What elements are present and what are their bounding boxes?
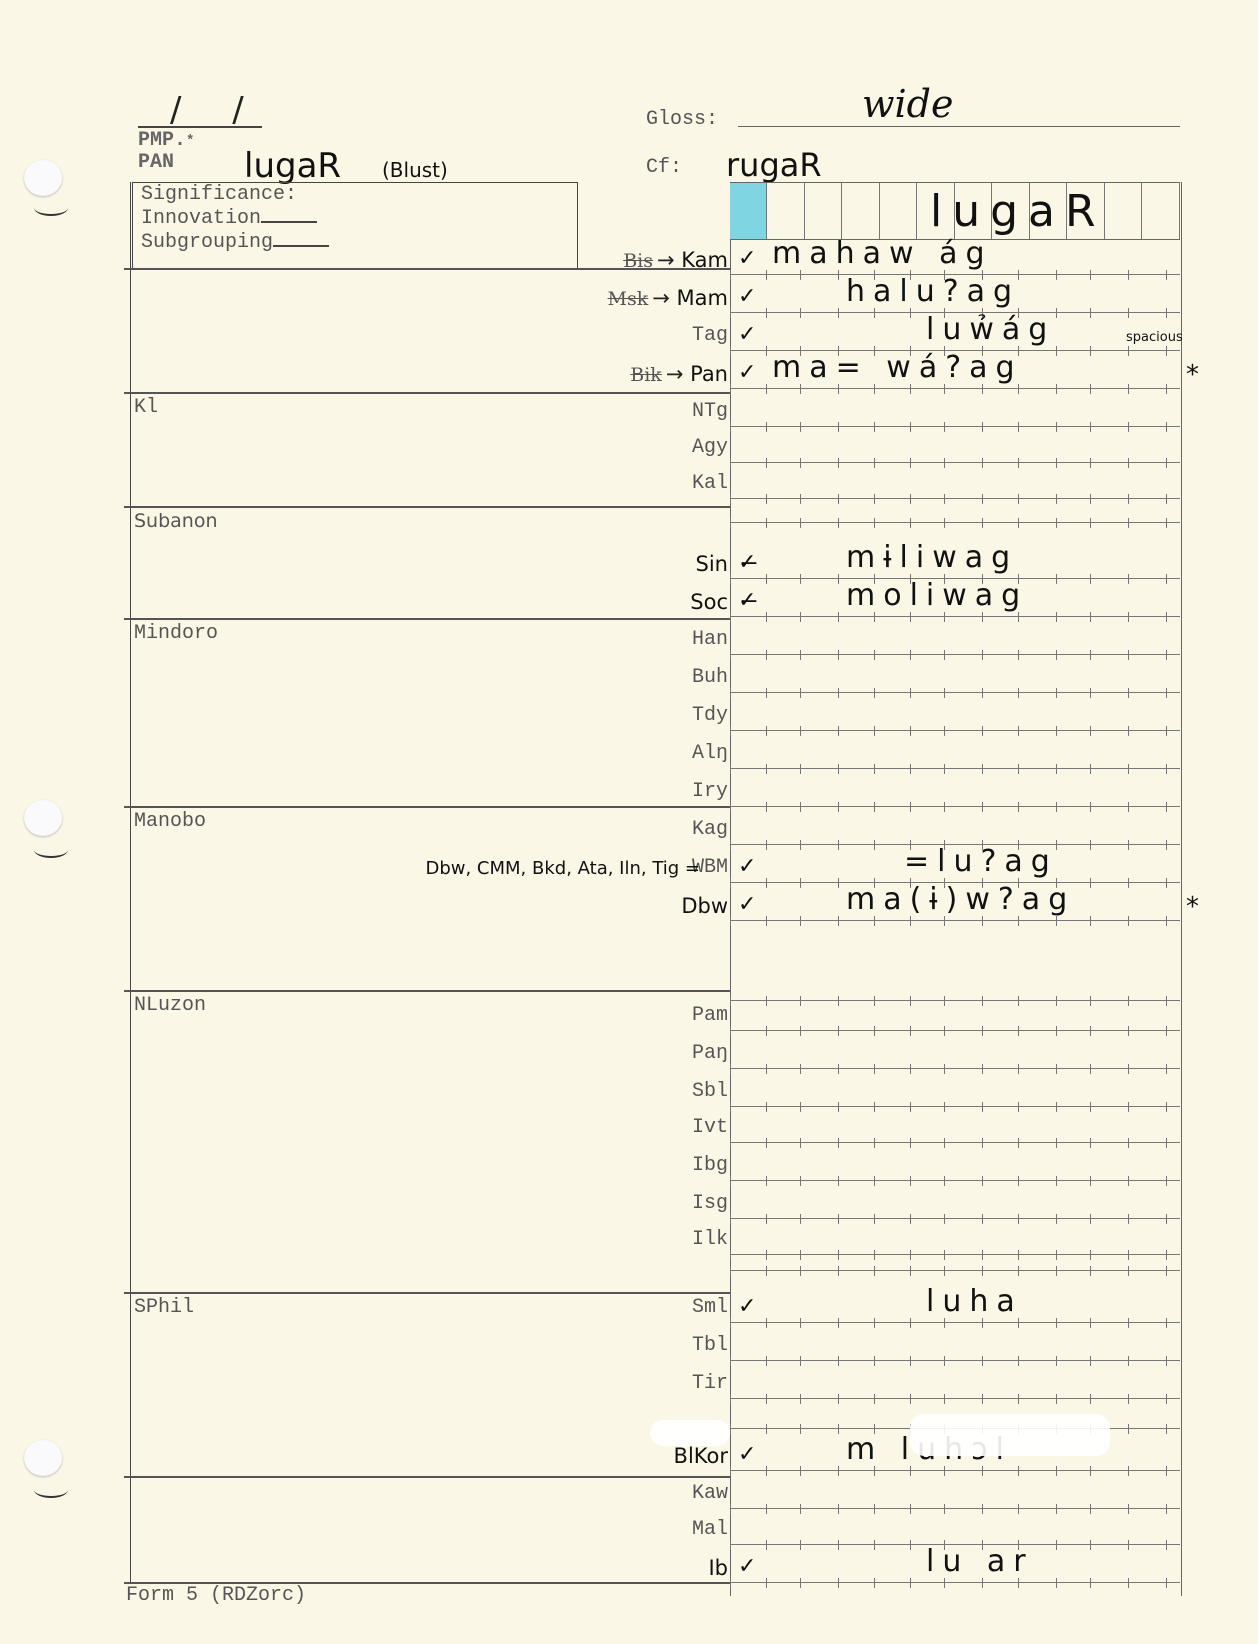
language-code: NTg xyxy=(692,400,728,423)
ruled-line xyxy=(730,426,1180,427)
language-row-pan: Bik→ Pan xyxy=(630,362,728,386)
language-code: Kal xyxy=(692,472,728,495)
form-footer: Form 5 (RDZorc) xyxy=(126,1584,306,1607)
gloss-label: Gloss: xyxy=(646,108,718,131)
arrow-icon: → xyxy=(657,248,681,272)
language-row-buh: Buh xyxy=(692,666,728,689)
language-code: Tbl xyxy=(692,1334,728,1357)
group-divider xyxy=(124,990,730,992)
reflex-form: moliwag xyxy=(846,578,1028,613)
reflex-form: lu ar xyxy=(926,1544,1034,1579)
language-row-sbl: Sbl xyxy=(692,1080,728,1103)
language-row-tir: Tir xyxy=(692,1372,728,1395)
language-code: Buh xyxy=(692,666,728,689)
ruled-line xyxy=(730,1470,1180,1471)
language-code: Sin xyxy=(696,552,728,576)
innovation-field: Innovation xyxy=(133,207,577,231)
group-divider xyxy=(124,806,730,808)
significance-title: Significance: xyxy=(133,183,577,207)
ruled-line xyxy=(730,1218,1180,1219)
ruled-line xyxy=(730,654,1180,655)
reflex-form: =lu?ag xyxy=(904,844,1058,879)
ruled-line xyxy=(730,692,1180,693)
slash-underline xyxy=(138,126,262,128)
language-code: Pam xyxy=(692,1004,728,1027)
reflex-note: spacious xyxy=(1126,330,1183,345)
language-row-alŋ: Alŋ xyxy=(692,742,728,765)
language-row-tbl: Tbl xyxy=(692,1334,728,1357)
grid-cell xyxy=(805,183,843,239)
binder-hole xyxy=(24,160,62,196)
star-mark: * xyxy=(1186,892,1199,922)
language-code: Iry xyxy=(692,780,728,803)
group-divider xyxy=(124,618,730,620)
checkmark-icon: ✓ xyxy=(738,322,756,347)
language-row-ib: Ib xyxy=(708,1556,728,1580)
grid-cell xyxy=(1142,183,1180,239)
group-divider xyxy=(124,1292,730,1294)
proto-language-label: PMP.* PAN xyxy=(138,130,194,174)
language-row-iry: Iry xyxy=(692,780,728,803)
cf-label: Cf: xyxy=(646,156,682,179)
language-row-pam: Pam xyxy=(692,1004,728,1027)
ruled-line xyxy=(730,1254,1180,1255)
binder-hole xyxy=(24,800,62,836)
ruled-line xyxy=(730,1270,1180,1271)
ruled-line xyxy=(730,1068,1180,1069)
ruled-line xyxy=(730,1180,1180,1181)
redaction-patch xyxy=(650,1420,730,1446)
reflex-form: halu?ag xyxy=(846,274,1020,309)
checkmark-icon: ✓̶ xyxy=(738,550,756,575)
checkmark-icon: ✓ xyxy=(738,892,756,917)
binder-hole xyxy=(24,1440,62,1476)
language-row-tdy: Tdy xyxy=(692,704,728,727)
checkmark-icon: ✓ xyxy=(738,854,756,879)
ruled-line xyxy=(730,1000,1180,1001)
language-code: Ibg xyxy=(692,1154,728,1177)
group-label-mindoro: Mindoro xyxy=(134,622,218,645)
language-code: BlKor xyxy=(674,1444,728,1468)
reflex-form: luha xyxy=(926,1284,1023,1319)
binder-hole-shadow xyxy=(34,1482,68,1498)
reflex-form: luw̉ág xyxy=(926,312,1055,347)
checkmark-icon: ✓ xyxy=(738,284,756,309)
language-row-kam: Bis→ Kam xyxy=(623,248,728,272)
language-code: Soc xyxy=(690,590,728,614)
proto-form: lugaR xyxy=(244,146,341,186)
language-code: Han xyxy=(692,628,728,651)
group-label-subanon: Subanon xyxy=(134,510,218,532)
language-code: Ib xyxy=(708,1556,728,1580)
binder-hole-shadow xyxy=(34,200,68,216)
gloss-value: wide xyxy=(862,82,954,126)
group-label-kl: Kl xyxy=(134,396,158,419)
language-row-mal: Mal xyxy=(692,1518,728,1541)
language-row-kaw: Kaw xyxy=(692,1482,728,1505)
group-divider xyxy=(124,506,730,508)
ruled-line xyxy=(730,1030,1180,1031)
grid-cell xyxy=(880,183,918,239)
arrow-icon: → xyxy=(652,286,676,310)
language-code: Dbw xyxy=(681,894,728,918)
slash-marks: / / xyxy=(170,90,264,130)
proto-source: (Blust) xyxy=(382,158,448,182)
language-row-sml: Sml xyxy=(692,1296,728,1319)
language-row-agy: Agy xyxy=(692,436,728,459)
language-row-soc: Soc xyxy=(690,590,728,614)
language-code: Sbl xyxy=(692,1080,728,1103)
reconstruction-form: lugaR xyxy=(930,186,1106,237)
language-row-blkor: BlKor xyxy=(674,1444,728,1468)
highlighted-cell xyxy=(730,183,767,239)
grid-cell xyxy=(1105,183,1143,239)
struck-language: Bis xyxy=(623,250,653,272)
language-row-han: Han xyxy=(692,628,728,651)
binder-hole-shadow xyxy=(34,842,68,858)
reflex-form: ma(ɨ)w?ag xyxy=(846,882,1075,917)
star-mark: * xyxy=(1186,360,1199,390)
language-code: Kam xyxy=(681,248,728,272)
ruled-line xyxy=(730,768,1180,769)
checkmark-icon: ✓ xyxy=(738,1442,756,1467)
redaction-patch xyxy=(910,1414,1110,1456)
ruled-line xyxy=(730,1508,1180,1509)
language-row-isg: Isg xyxy=(692,1192,728,1215)
reflex-form: mɨliwag xyxy=(846,540,1018,575)
checkmark-icon: ✓ xyxy=(738,1294,756,1319)
group-label-nluzon: NLuzon xyxy=(134,994,206,1017)
language-row-dbw: Dbw xyxy=(681,894,728,918)
language-row-ilk: Ilk xyxy=(692,1228,728,1251)
ruled-line xyxy=(730,462,1180,463)
language-code: Kaw xyxy=(692,1482,728,1505)
gloss-underline xyxy=(738,126,1180,127)
checkmark-icon: ✓ xyxy=(738,246,756,271)
ruled-line xyxy=(730,730,1180,731)
language-code: Ivt xyxy=(692,1116,728,1139)
ruled-line xyxy=(730,1322,1180,1323)
checkmark-icon: ✓ xyxy=(738,1554,756,1579)
grid-cell xyxy=(767,183,805,239)
language-code: Agy xyxy=(692,436,728,459)
group-label-manobo: Manobo xyxy=(134,810,206,833)
group-divider xyxy=(124,1476,730,1478)
group-label-sphil: SPhil xyxy=(134,1296,194,1319)
language-row-paŋ: Paŋ xyxy=(692,1042,728,1065)
language-row-ibg: Ibg xyxy=(692,1154,728,1177)
language-code: Kag xyxy=(692,818,728,841)
ruled-line xyxy=(730,388,1180,389)
reflex-form: mahaw ág xyxy=(772,236,993,271)
ruled-line xyxy=(730,806,1180,807)
grid-cell xyxy=(842,183,880,239)
language-code: Ilk xyxy=(692,1228,728,1251)
checkmark-icon: ✓̶ xyxy=(738,588,756,613)
checkmark-icon: ✓ xyxy=(738,360,756,385)
language-code: Tir xyxy=(692,1372,728,1395)
language-row-kag: Kag xyxy=(692,818,728,841)
subgrouping-field: Subgrouping xyxy=(133,231,577,255)
cf-value: rugaR xyxy=(726,146,822,184)
ruled-line xyxy=(730,498,1180,499)
ruled-line xyxy=(730,1142,1180,1143)
ruled-line xyxy=(730,1360,1180,1361)
language-row-ivt: Ivt xyxy=(692,1116,728,1139)
language-code: Tdy xyxy=(692,704,728,727)
language-row-sin: Sin xyxy=(696,552,728,576)
language-row-kal: Kal xyxy=(692,472,728,495)
arrow-icon: → xyxy=(666,362,690,386)
significance-box: Significance: Innovation Subgrouping xyxy=(132,182,578,270)
struck-language: Msk xyxy=(608,288,649,310)
language-code: Isg xyxy=(692,1192,728,1215)
ruled-line xyxy=(730,522,1180,523)
ruled-line xyxy=(730,1398,1180,1399)
language-row-mam: Msk→ Mam xyxy=(608,286,728,310)
group-divider xyxy=(124,392,730,394)
language-code: Mal xyxy=(692,1518,728,1541)
language-code: Sml xyxy=(692,1296,728,1319)
language-row-tag: Tag xyxy=(692,324,728,347)
synonym-languages: Dbw, CMM, Bkd, Ata, Iln, Tig = xyxy=(425,858,700,879)
ruled-line xyxy=(730,920,1180,921)
language-code: Mam xyxy=(677,286,728,310)
language-row-ntg: NTg xyxy=(692,400,728,423)
language-code: Paŋ xyxy=(692,1042,728,1065)
struck-language: Bik xyxy=(630,364,662,386)
language-code: Tag xyxy=(692,324,728,347)
reflex-form: ma= wá?ag xyxy=(772,350,1023,385)
language-code: Alŋ xyxy=(692,742,728,765)
language-code: Pan xyxy=(690,362,728,386)
ruled-line xyxy=(730,1582,1180,1583)
ruled-line xyxy=(730,1106,1180,1107)
ruled-line xyxy=(730,616,1180,617)
